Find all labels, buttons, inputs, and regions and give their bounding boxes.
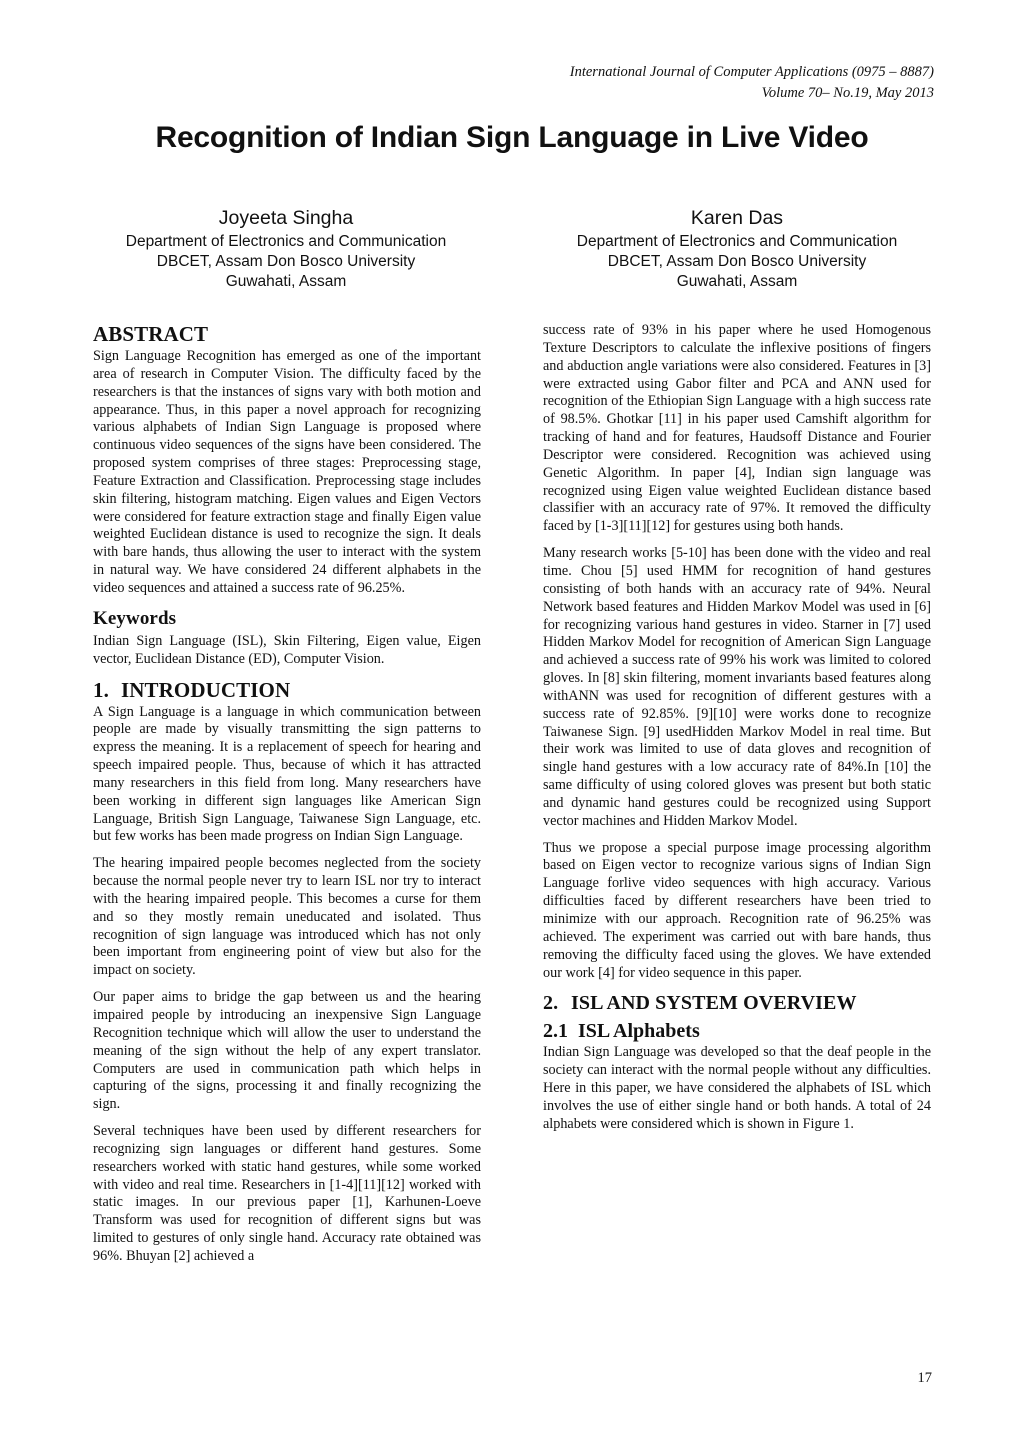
author-location: Guwahati, Assam	[527, 272, 947, 292]
intro-paragraph-1: A Sign Language is a language in which c…	[93, 704, 481, 847]
abstract-text: Sign Language Recognition has emerged as…	[93, 348, 481, 598]
right-column: success rate of 93% in his paper where h…	[543, 322, 931, 1143]
intro-paragraph-6: Thus we propose a special purpose image …	[543, 840, 931, 983]
subsection-2-1-heading: 2.1ISL Alphabets	[543, 1019, 931, 1043]
intro-paragraph-5: Many research works [5-10] has been done…	[543, 545, 931, 831]
subsection-title: ISL Alphabets	[578, 1020, 700, 1042]
section-title: ISL AND SYSTEM OVERVIEW	[571, 992, 857, 1014]
author-department: Department of Electronics and Communicat…	[527, 232, 947, 252]
author-location: Guwahati, Assam	[76, 272, 496, 292]
section-number: 2.	[543, 991, 571, 1015]
subsection-2-1-text: Indian Sign Language was developed so th…	[543, 1044, 931, 1133]
page-number: 17	[918, 1370, 933, 1387]
paper-title: Recognition of Indian Sign Language in L…	[0, 121, 1024, 155]
journal-volume: Volume 70– No.19, May 2013	[570, 83, 934, 104]
keywords-text: Indian Sign Language (ISL), Skin Filteri…	[93, 633, 481, 669]
author-name: Karen Das	[527, 204, 947, 232]
author-2: Karen Das Department of Electronics and …	[527, 204, 947, 292]
author-name: Joyeeta Singha	[76, 204, 496, 232]
intro-paragraph-2: The hearing impaired people becomes negl…	[93, 855, 481, 980]
section-number: 1.	[93, 678, 121, 702]
author-institution: DBCET, Assam Don Bosco University	[76, 252, 496, 272]
left-column: ABSTRACT Sign Language Recognition has e…	[93, 322, 481, 1275]
introduction-heading: 1.INTRODUCTION	[93, 678, 481, 702]
author-department: Department of Electronics and Communicat…	[76, 232, 496, 252]
journal-name: International Journal of Computer Applic…	[570, 62, 934, 83]
intro-paragraph-3: Our paper aims to bridge the gap between…	[93, 989, 481, 1114]
subsection-number: 2.1	[543, 1019, 578, 1043]
author-1: Joyeeta Singha Department of Electronics…	[76, 204, 496, 292]
intro-paragraph-4: Several techniques have been used by dif…	[93, 1123, 481, 1266]
author-institution: DBCET, Assam Don Bosco University	[527, 252, 947, 272]
abstract-heading: ABSTRACT	[93, 322, 481, 346]
section-title: INTRODUCTION	[121, 678, 290, 702]
running-header: International Journal of Computer Applic…	[570, 62, 934, 104]
keywords-heading: Keywords	[93, 607, 481, 631]
intro-paragraph-4-continued: success rate of 93% in his paper where h…	[543, 322, 931, 536]
section-2-heading: 2.ISL AND SYSTEM OVERVIEW	[543, 991, 931, 1015]
